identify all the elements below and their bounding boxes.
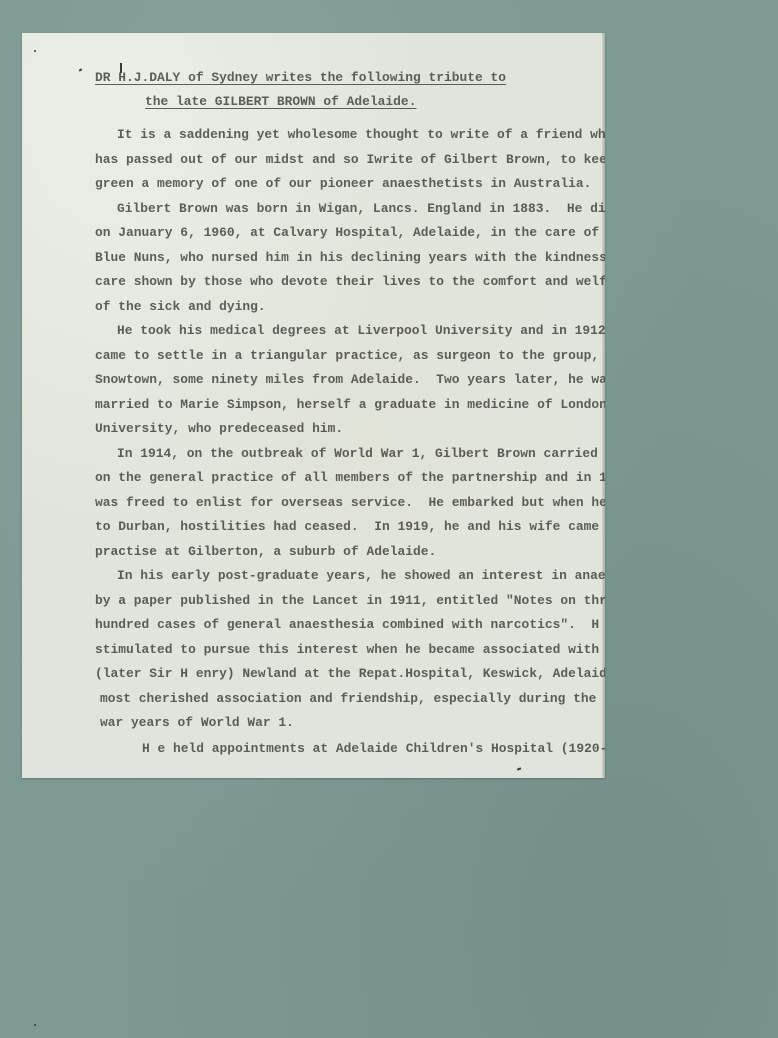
- paragraph-6-line: H e held appointments at Adelaide Childr…: [142, 741, 605, 756]
- paragraph-5-line: In his early post-graduate years, he sho…: [117, 568, 605, 583]
- paragraph-4-line: In 1914, on the outbreak of World War 1,…: [117, 446, 598, 461]
- paragraph-4-line: on the general practice of all members o…: [95, 470, 605, 485]
- background-speck: [34, 50, 36, 52]
- paragraph-1-line: It is a saddening yet wholesome thought …: [117, 127, 605, 142]
- paragraph-2-line: Blue Nuns, who nursed him in his declini…: [95, 250, 605, 265]
- paragraph-2-line: of the sick and dying.: [95, 299, 266, 314]
- ink-mark: [79, 68, 83, 71]
- paragraph-3-line: came to settle in a triangular practice,…: [95, 348, 605, 363]
- paragraph-4-line: to Durban, hostilities had ceased. In 19…: [95, 519, 605, 534]
- paragraph-3-line: He took his medical degrees at Liverpool…: [117, 323, 605, 338]
- paragraph-1-line: has passed out of our midst and so Iwrit…: [95, 152, 605, 167]
- paragraph-5-line: most cherished association and friendshi…: [100, 691, 605, 706]
- paragraph-3-line: married to Marie Simpson, herself a grad…: [95, 397, 605, 412]
- paragraph-3-line: University, who predeceased him.: [95, 421, 343, 436]
- paragraph-5-line: hundred cases of general anaesthesia com…: [95, 617, 605, 632]
- paragraph-5-line: (later Sir H enry) Newland at the Repat.…: [95, 666, 605, 681]
- letter-heading-line-2: the late GILBERT BROWN of Adelaide.: [145, 94, 416, 109]
- page-text-area: DR H.J.DALY of Sydney writes the followi…: [22, 33, 605, 778]
- letter-heading-line-1: DR H.J.DALY of Sydney writes the followi…: [95, 70, 506, 85]
- paragraph-1-line: green a memory of one of our pioneer ana…: [95, 176, 591, 191]
- background-speck: [34, 1024, 36, 1026]
- paragraph-5-line: war years of World War 1.: [100, 715, 294, 730]
- paragraph-2-line: on January 6, 1960, at Calvary Hospital,…: [95, 225, 605, 240]
- paragraph-5-line: by a paper published in the Lancet in 19…: [95, 593, 605, 608]
- paragraph-2-line: care shown by those who devote their liv…: [95, 274, 605, 289]
- paragraph-4-line: was freed to enlist for overseas service…: [95, 495, 605, 510]
- ink-mark: [517, 767, 521, 770]
- paragraph-5-line: stimulated to pursue this interest when …: [95, 642, 605, 657]
- paragraph-4-line: practise at Gilberton, a suburb of Adela…: [95, 544, 436, 559]
- paragraph-3-line: Snowtown, some ninety miles from Adelaid…: [95, 372, 605, 387]
- paragraph-2-line: Gilbert Brown was born in Wigan, Lancs. …: [117, 201, 605, 216]
